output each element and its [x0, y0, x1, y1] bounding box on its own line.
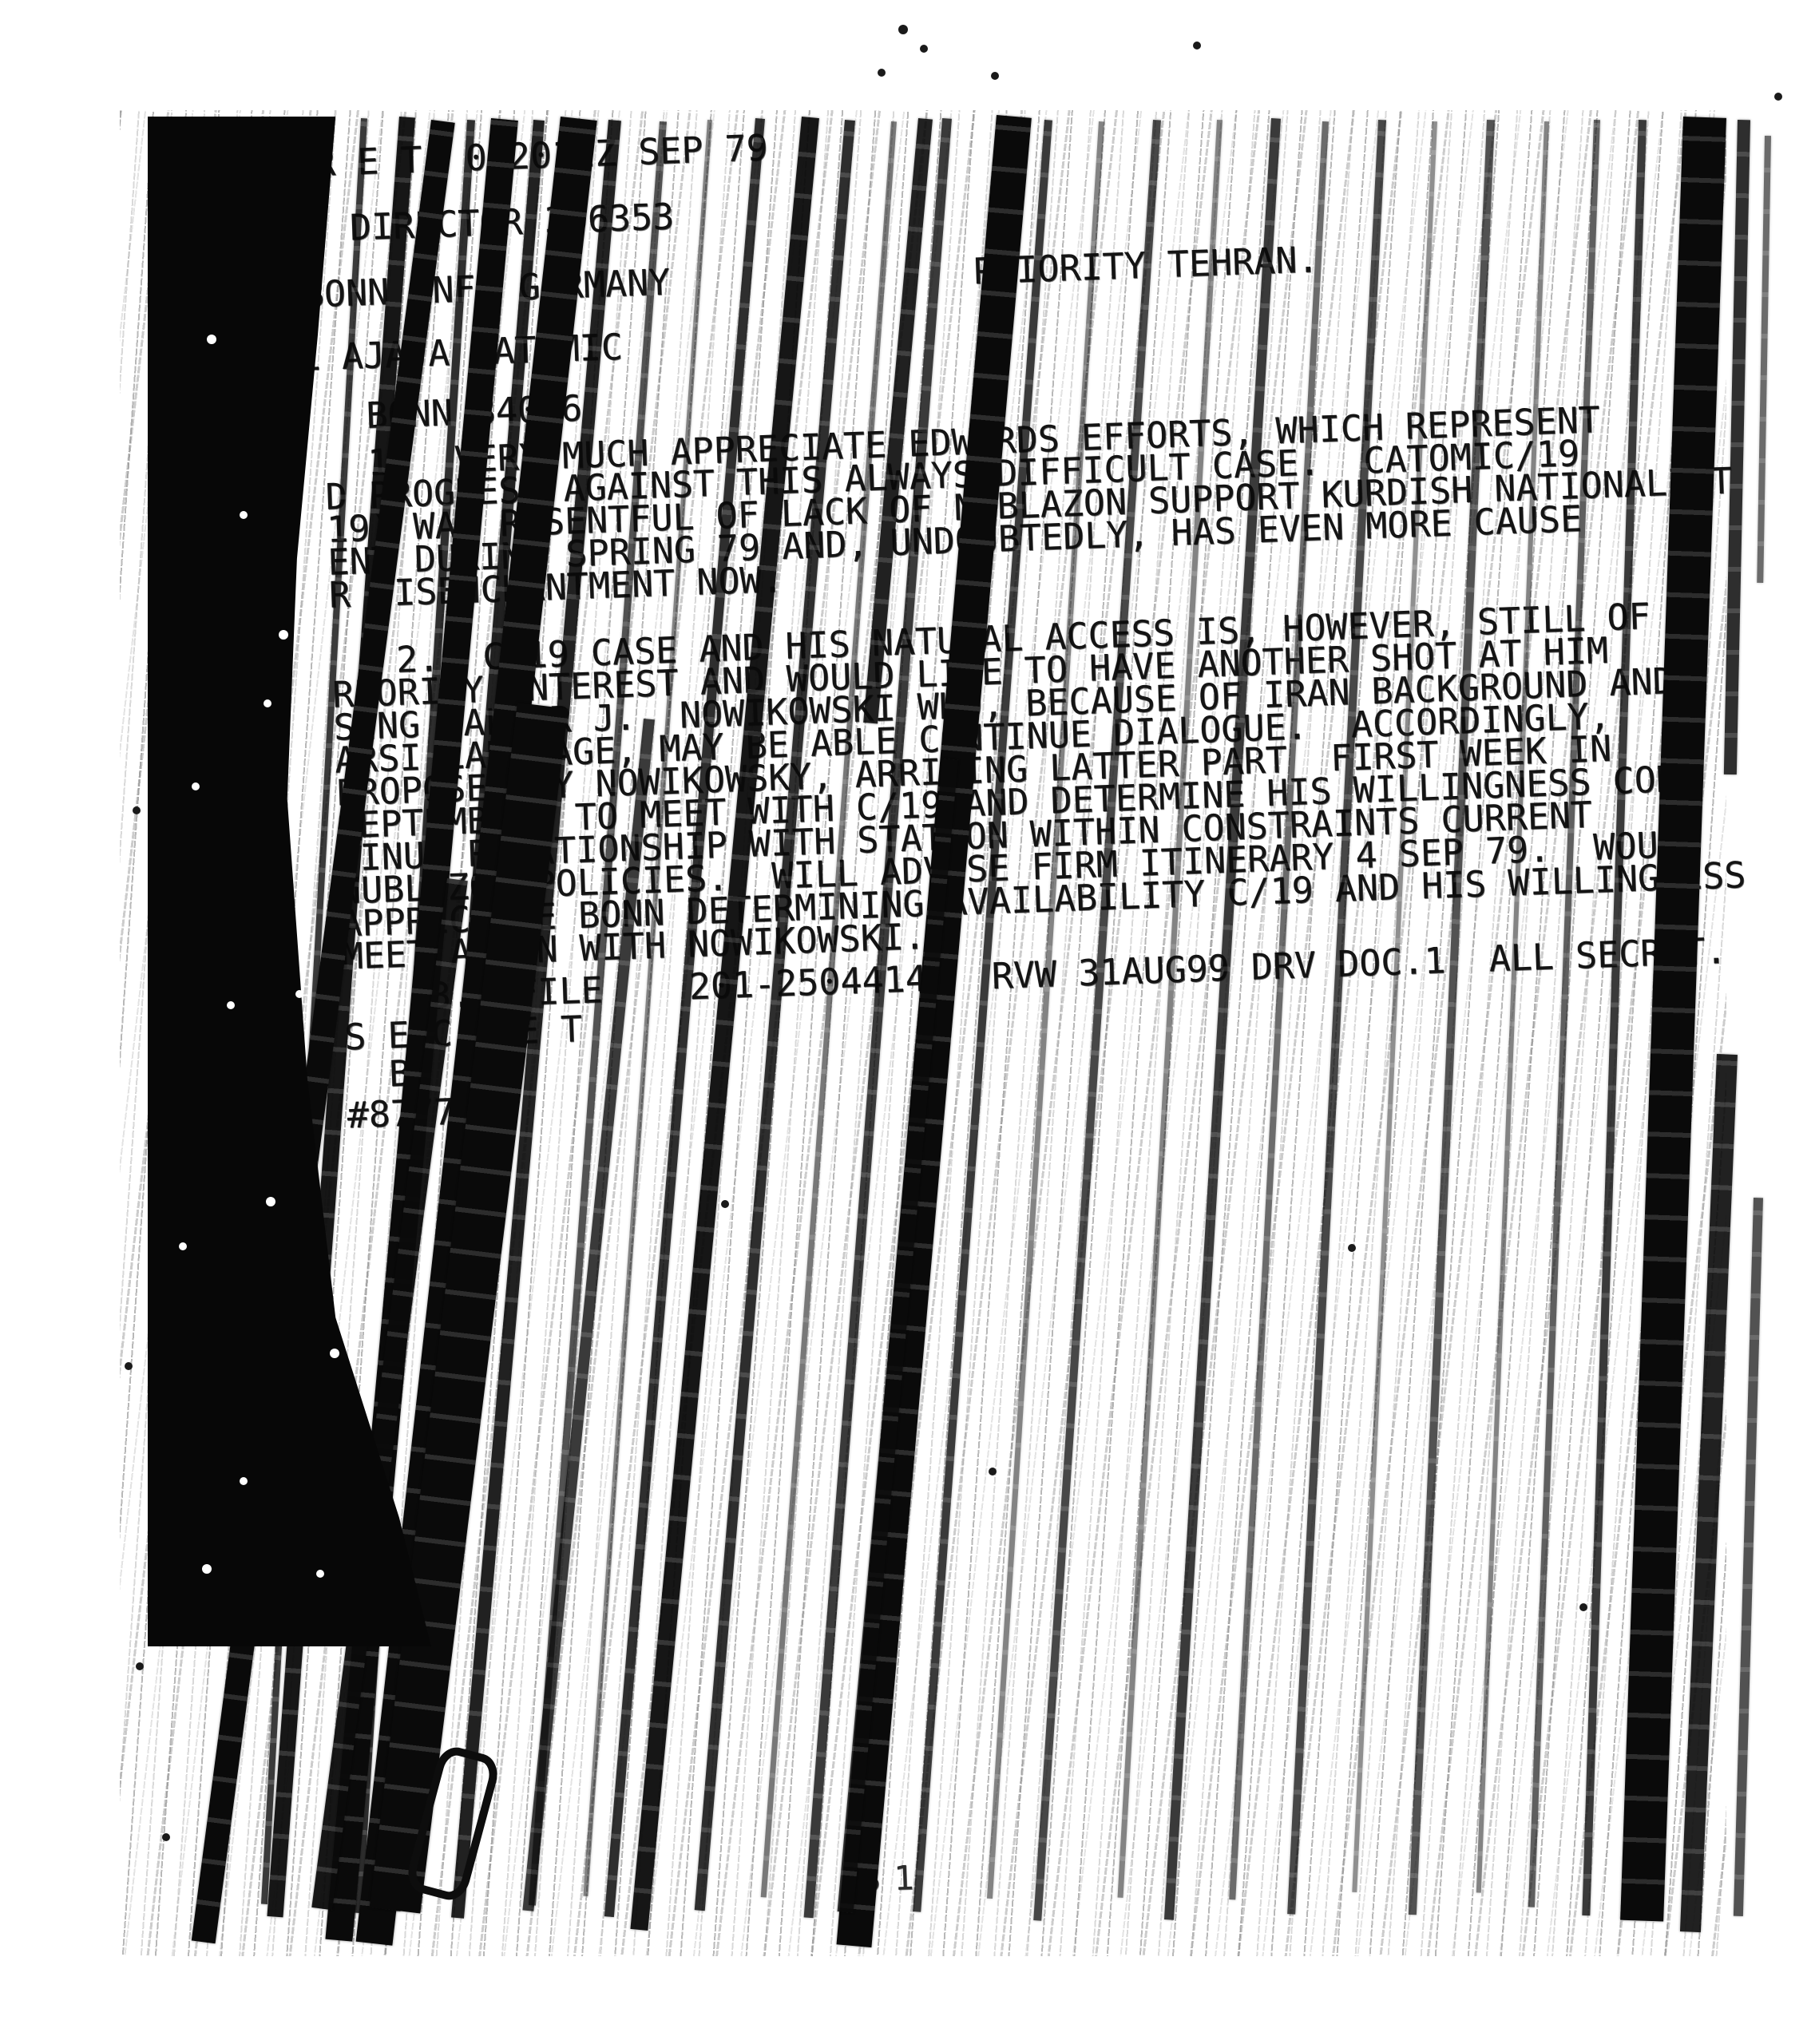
scanned-document-page: R E T 012012Z SEP 79 DIRECTOR 306353BONN…: [0, 0, 1819, 2044]
document-line: BONN INFO GERMANY PRIORITY TEHRAN.: [302, 239, 1319, 315]
black-specks: [0, 0, 5, 5]
scan-streak-line: [1734, 1198, 1763, 1916]
